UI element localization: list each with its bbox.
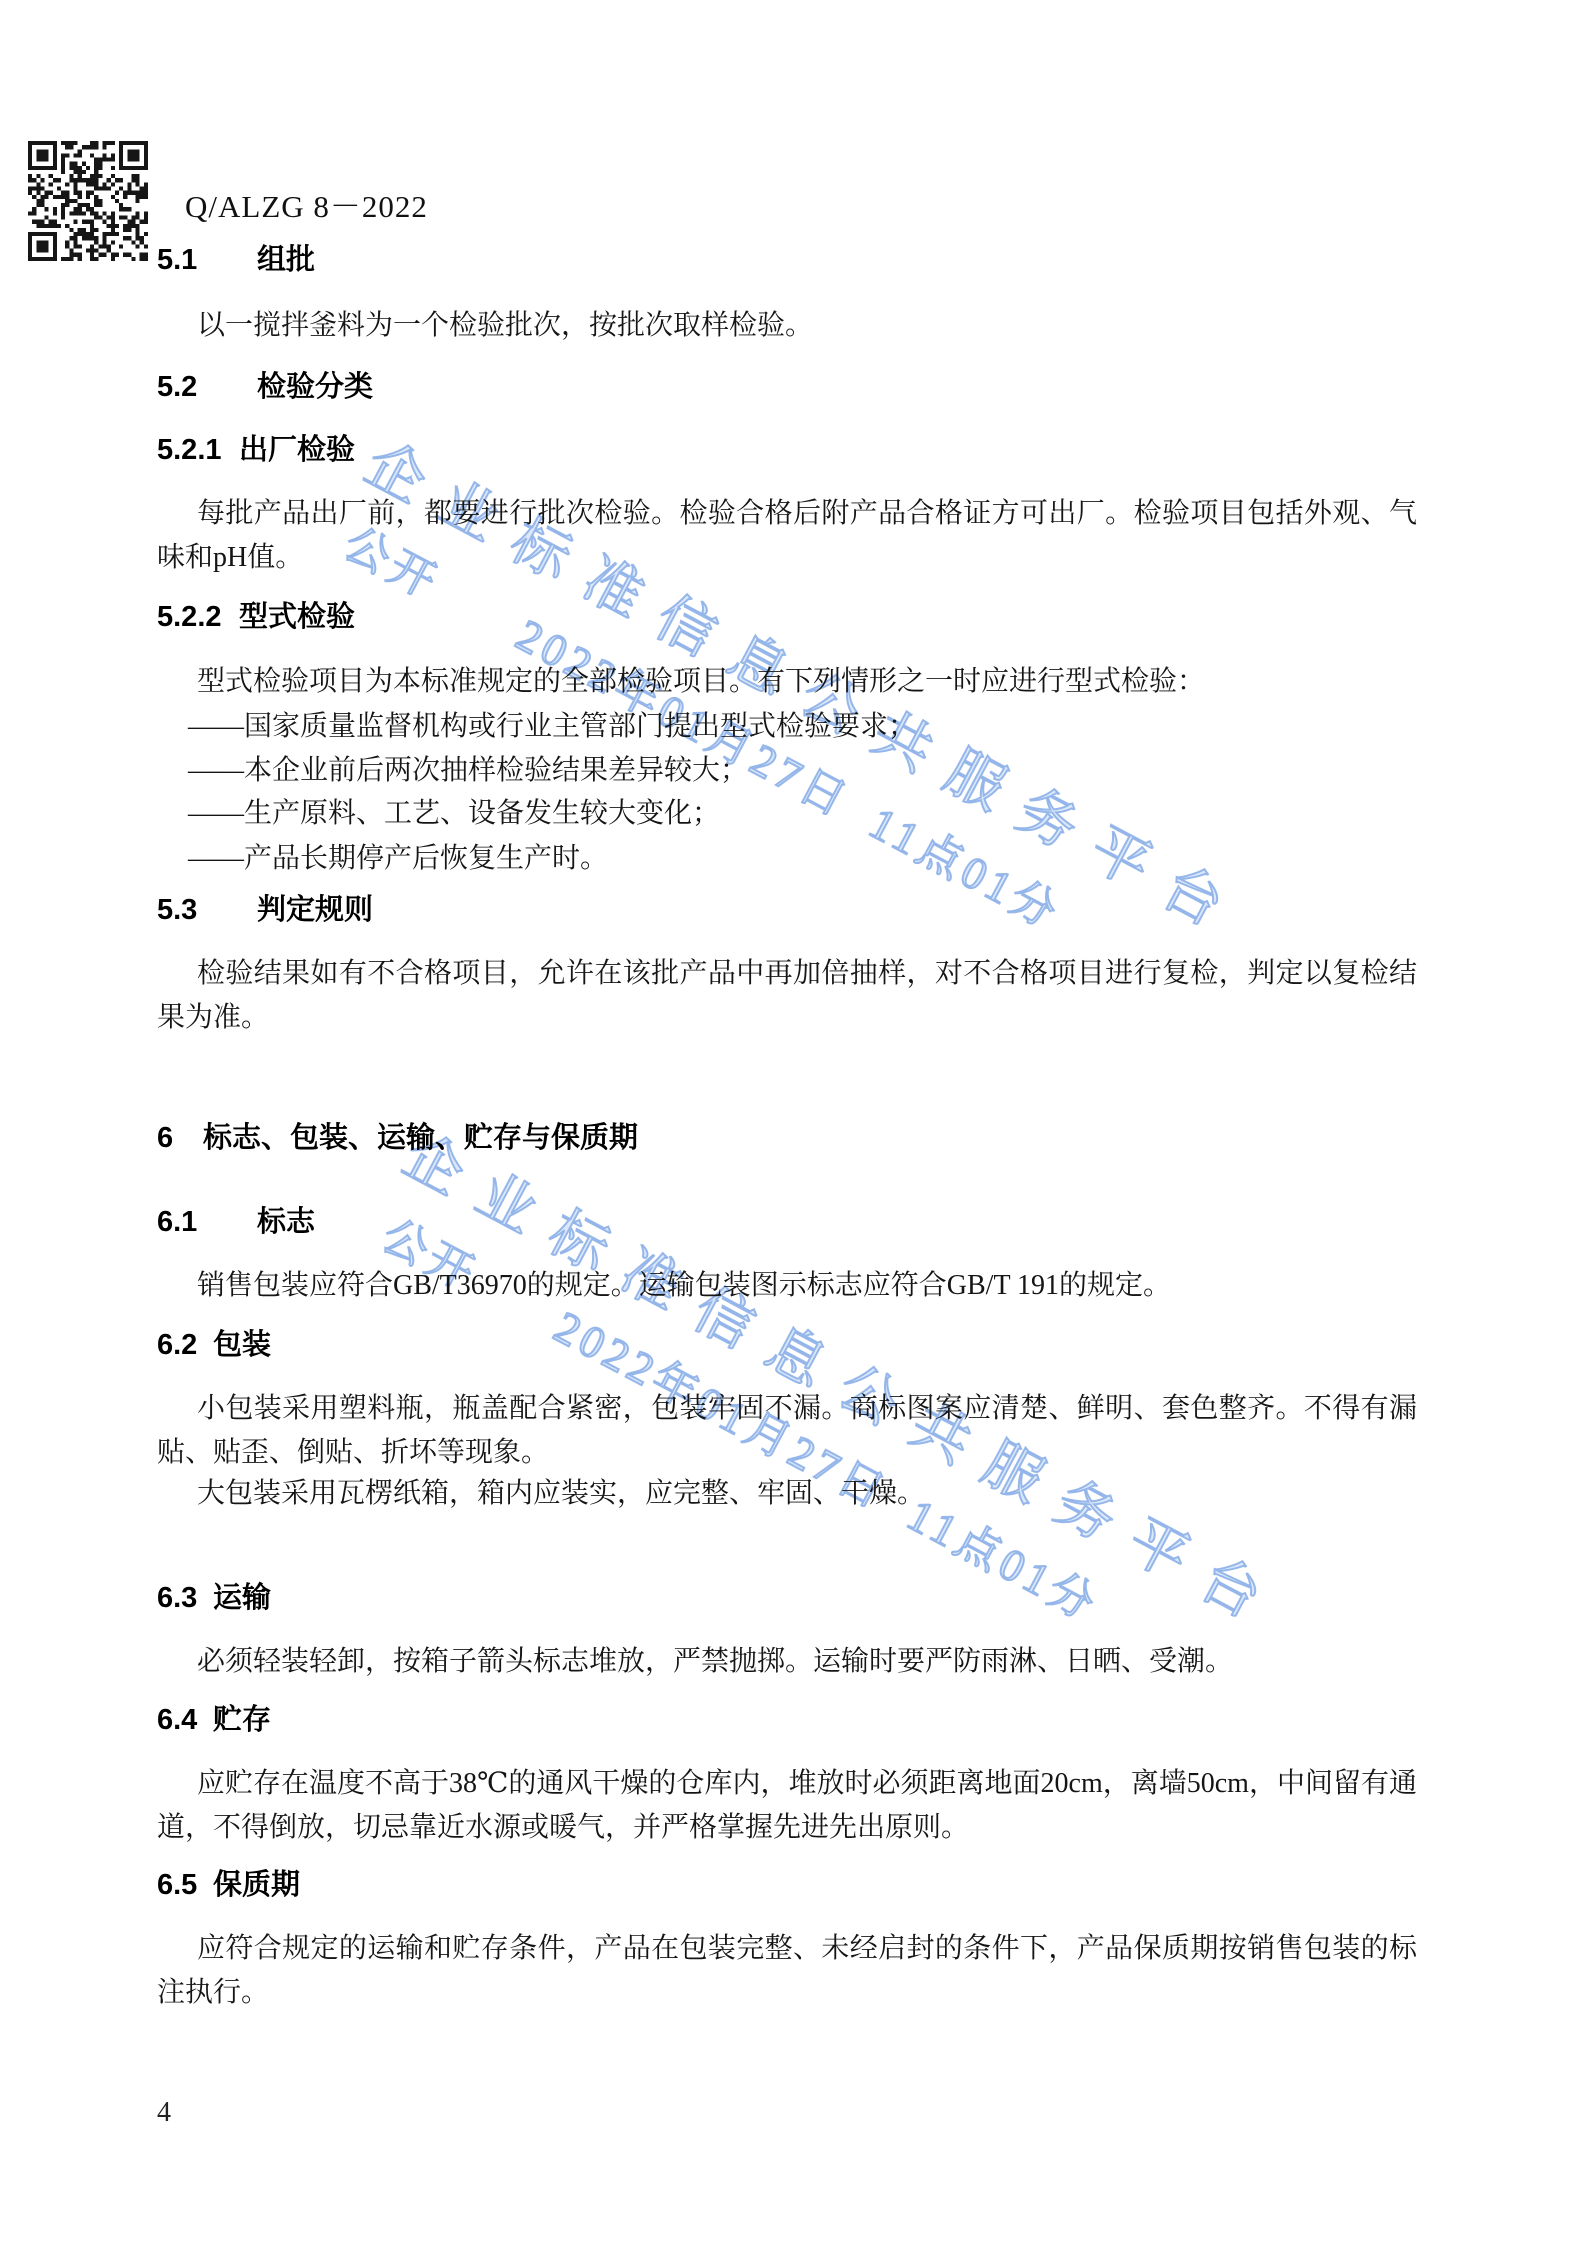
heading-6-2: 6.2包装 — [157, 1327, 271, 1363]
paragraph-5-2-2-intro: 型式检验项目为本标准规定的全部检验项目。有下列情形之一时应进行型式检验： — [157, 660, 1417, 704]
heading-5-1: 5.1组批 — [157, 242, 315, 278]
paragraph-6-5: 应符合规定的运输和贮存条件，产品在包装完整、未经启封的条件下，产品保质期按销售包… — [157, 1927, 1417, 2015]
standard-code: Q/ALZG 8－2022 — [185, 190, 428, 224]
heading-6-3: 6.3运输 — [157, 1580, 271, 1616]
heading-title: 组批 — [257, 244, 315, 276]
heading-5-3: 5.3判定规则 — [157, 892, 373, 928]
paragraph-5-1: 以一搅拌釜料为一个检验批次，按批次取样检验。 — [157, 304, 1417, 348]
heading-title: 检验分类 — [257, 371, 373, 403]
page-number: 4 — [157, 2097, 171, 2129]
heading-6-4: 6.4贮存 — [157, 1702, 271, 1738]
heading-title: 型式检验 — [239, 601, 355, 633]
paragraph-5-2-1: 每批产品出厂前，都要进行批次检验。检验合格后附产品合格证方可出厂。检验项目包括外… — [157, 492, 1417, 580]
heading-number: 6.2 — [157, 1327, 213, 1363]
heading-6-5: 6.5保质期 — [157, 1867, 300, 1903]
heading-number: 6.3 — [157, 1580, 213, 1616]
qr-code — [28, 140, 148, 262]
heading-number: 6.4 — [157, 1702, 213, 1738]
heading-number: 5.1 — [157, 242, 257, 278]
list-item-dash: ——本企业前后两次抽样检验结果差异较大； — [157, 749, 1417, 793]
heading-title: 标志 — [257, 1206, 315, 1238]
heading-number: 6.5 — [157, 1867, 213, 1903]
heading-number: 5.2.1 — [157, 432, 239, 468]
watermark-platform-text: 企业标准信息公共服务平台 — [394, 1124, 1292, 1641]
list-item-dash: ——产品长期停产后恢复生产时。 — [157, 837, 1417, 881]
heading-title: 保质期 — [213, 1869, 300, 1901]
heading-number: 5.2.2 — [157, 599, 239, 635]
heading-title: 运输 — [213, 1582, 271, 1614]
heading-title: 标志、包装、运输、贮存与保质期 — [203, 1122, 638, 1154]
heading-5-2: 5.2检验分类 — [157, 369, 373, 405]
heading-number: 6.1 — [157, 1204, 257, 1240]
paragraph-5-3: 检验结果如有不合格项目，允许在该批产品中再加倍抽样，对不合格项目进行复检，判定以… — [157, 952, 1417, 1040]
paragraph-6-2-large: 大包装采用瓦楞纸箱，箱内应装实，应完整、牢固、干燥。 — [157, 1472, 1417, 1516]
paragraph-6-4: 应贮存在温度不高于38℃的通风干燥的仓库内，堆放时必须距离地面20cm，离墙50… — [157, 1762, 1417, 1850]
paragraph-6-3: 必须轻装轻卸，按箱子箭头标志堆放，严禁抛掷。运输时要严防雨淋、日晒、受潮。 — [157, 1640, 1417, 1684]
heading-6: 6标志、包装、运输、贮存与保质期 — [157, 1120, 638, 1156]
paragraph-6-1: 销售包装应符合GB/T36970的规定。运输包装图示标志应符合GB/T 191的… — [157, 1264, 1417, 1308]
heading-number: 5.3 — [157, 892, 257, 928]
heading-title: 包装 — [213, 1329, 271, 1361]
heading-title: 出厂检验 — [239, 434, 355, 466]
heading-number: 5.2 — [157, 369, 257, 405]
heading-5-2-2: 5.2.2型式检验 — [157, 599, 355, 635]
list-item-dash: ——生产原料、工艺、设备发生较大变化； — [157, 792, 1417, 836]
heading-number: 6 — [157, 1120, 203, 1156]
document-page: 企业标准信息公共服务平台 公开2022年01月27日11点01分 企业标准信息公… — [0, 0, 1588, 2245]
heading-5-2-1: 5.2.1出厂检验 — [157, 432, 355, 468]
paragraph-6-2-small: 小包装采用塑料瓶，瓶盖配合紧密，包装牢固不漏。商标图案应清楚、鲜明、套色整齐。不… — [157, 1387, 1417, 1475]
list-item-dash: ——国家质量监督机构或行业主管部门提出型式检验要求； — [157, 705, 1417, 749]
heading-title: 判定规则 — [257, 894, 373, 926]
heading-6-1: 6.1标志 — [157, 1204, 315, 1240]
heading-title: 贮存 — [213, 1704, 271, 1736]
